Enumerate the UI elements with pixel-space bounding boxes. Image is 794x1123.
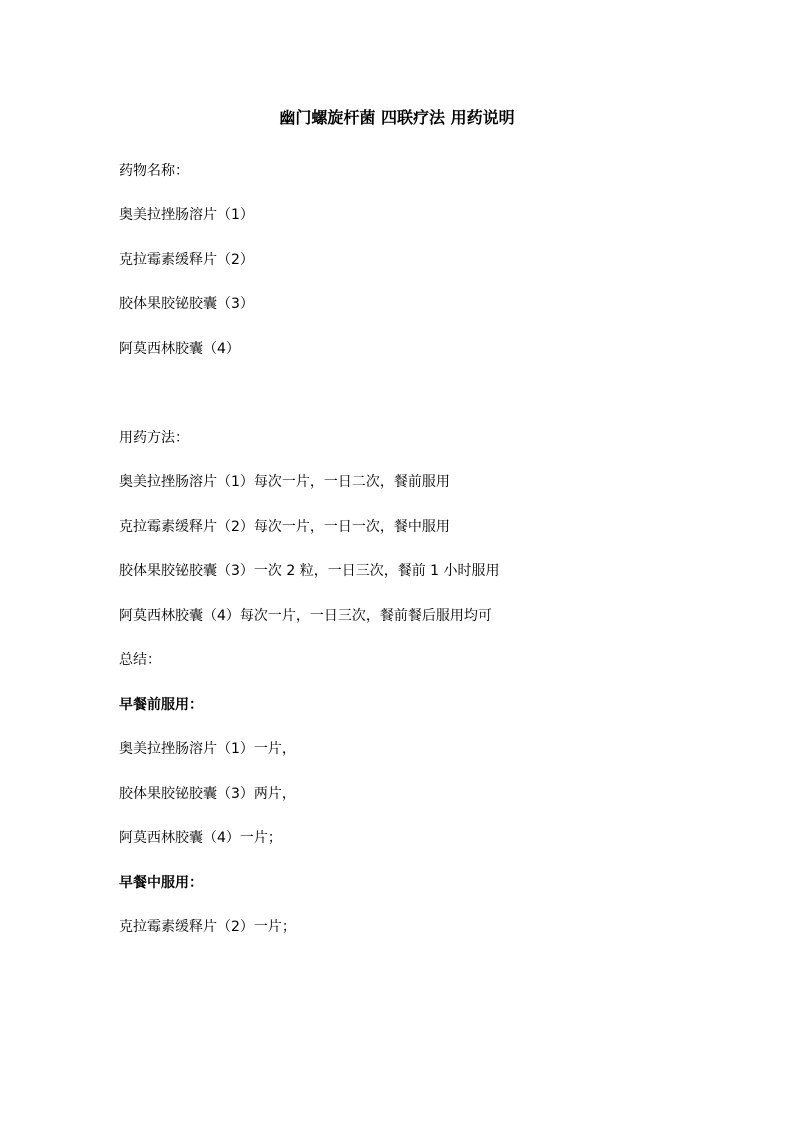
during-breakfast-item: 克拉霉素缓释片（2）一片；: [119, 916, 296, 938]
before-breakfast-item: 奥美拉挫肠溶片（1）一片，: [119, 738, 296, 760]
usage-item: 克拉霉素缓释片（2）每次一片，一日一次，餐中服用: [119, 516, 450, 538]
before-breakfast-item: 阿莫西林胶囊（4）一片；: [119, 827, 282, 849]
document-page: 幽门螺旋杆菌 四联疗法 用药说明 药物名称： 奥美拉挫肠溶片（1） 克拉霉素缓释…: [0, 0, 794, 1123]
during-breakfast-heading: 早餐中服用：: [119, 872, 203, 894]
before-breakfast-heading: 早餐前服用：: [119, 694, 203, 716]
drug-names-heading: 药物名称：: [119, 160, 189, 182]
usage-item: 奥美拉挫肠溶片（1）每次一片，一日二次，餐前服用: [119, 471, 450, 493]
summary-heading: 总结：: [119, 649, 161, 671]
drug-name-item: 克拉霉素缓释片（2）: [119, 249, 254, 271]
drug-name-item: 阿莫西林胶囊（4）: [119, 338, 240, 360]
usage-heading: 用药方法：: [119, 427, 189, 449]
usage-item: 胶体果胶铋胶囊（3）一次 2 粒，一日三次，餐前 1 小时服用: [119, 560, 500, 582]
before-breakfast-item: 胶体果胶铋胶囊（3）两片，: [119, 783, 296, 805]
drug-name-item: 奥美拉挫肠溶片（1）: [119, 204, 254, 226]
usage-item: 阿莫西林胶囊（4）每次一片，一日三次，餐前餐后服用均可: [119, 605, 492, 627]
drug-name-item: 胶体果胶铋胶囊（3）: [119, 293, 254, 315]
document-title: 幽门螺旋杆菌 四联疗法 用药说明: [0, 106, 794, 130]
